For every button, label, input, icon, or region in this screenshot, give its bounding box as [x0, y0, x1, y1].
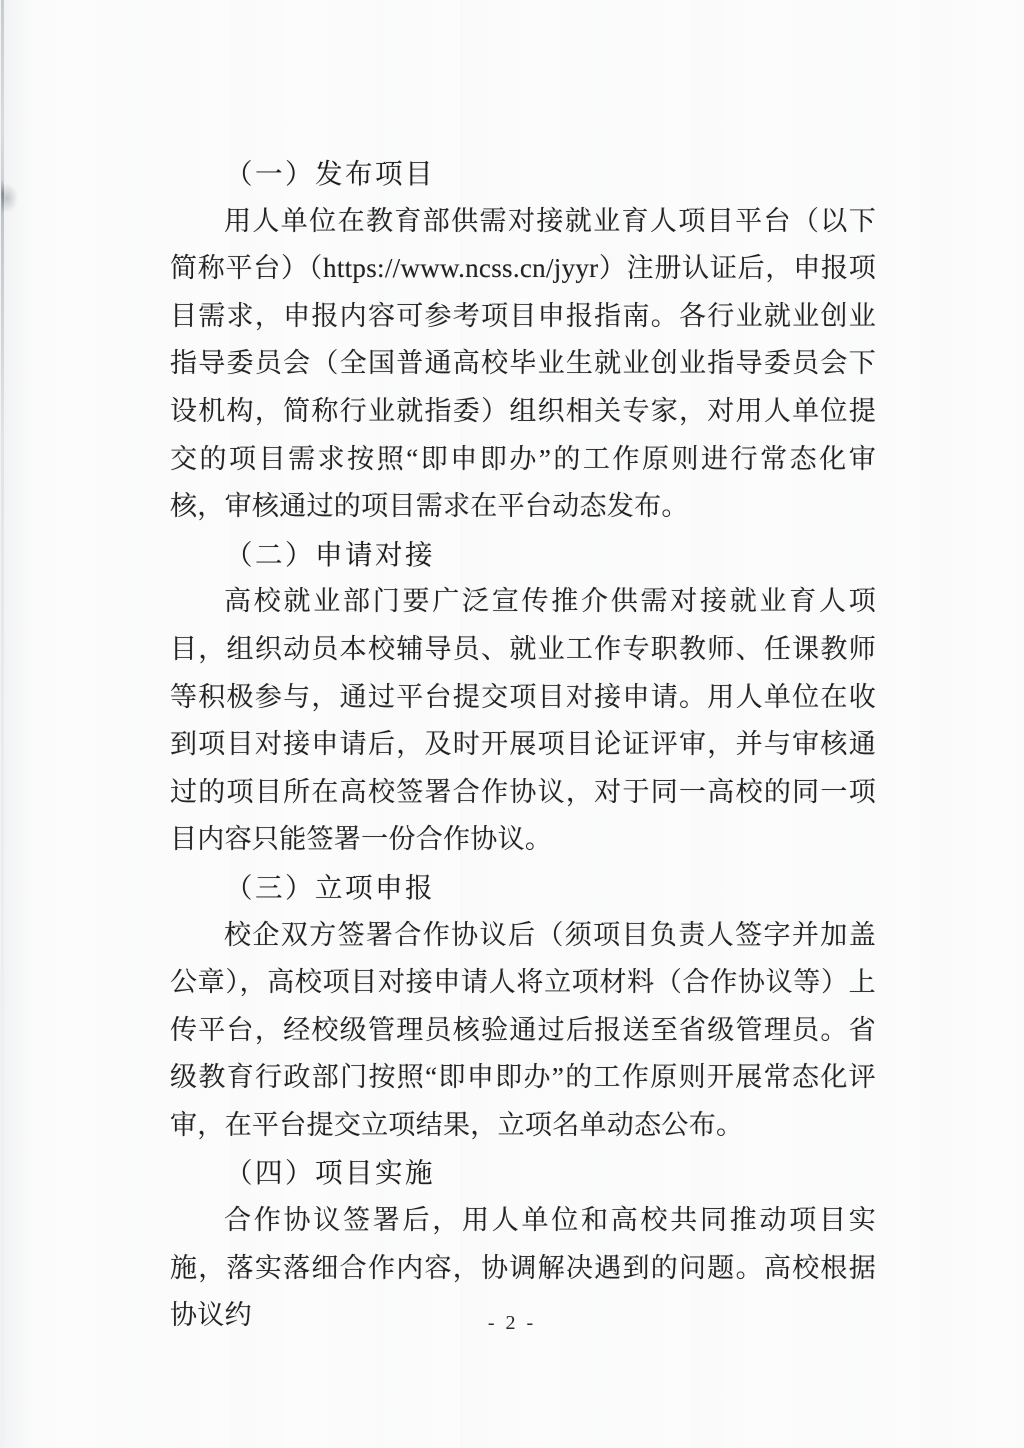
section-2-heading: （二）申请对接: [170, 531, 876, 579]
section-1-heading: （一）发布项目: [170, 150, 876, 198]
section-3-heading: （三）立项申报: [170, 864, 876, 912]
section-2-paragraph: 高校就业部门要广泛宣传推介供需对接就业育人项目，组织动员本校辅导员、就业工作专职…: [170, 578, 876, 864]
page-number: - 2 -: [0, 1312, 1024, 1335]
section-1-paragraph: 用人单位在教育部供需对接就业育人项目平台（以下简称平台）（https://www…: [170, 198, 876, 531]
scan-artifact-left-edge: [1, 0, 4, 1448]
scan-artifact-smudge: [2, 183, 18, 213]
section-3-paragraph: 校企双方签署合作协议后（须项目负责人签字并加盖公章），高校项目对接申请人将立项材…: [170, 912, 876, 1150]
scanned-document-page: （一）发布项目 用人单位在教育部供需对接就业育人项目平台（以下简称平台）（htt…: [0, 0, 1024, 1448]
section-4-heading: （四）项目实施: [170, 1149, 876, 1197]
document-body: （一）发布项目 用人单位在教育部供需对接就业育人项目平台（以下简称平台）（htt…: [170, 150, 876, 1340]
